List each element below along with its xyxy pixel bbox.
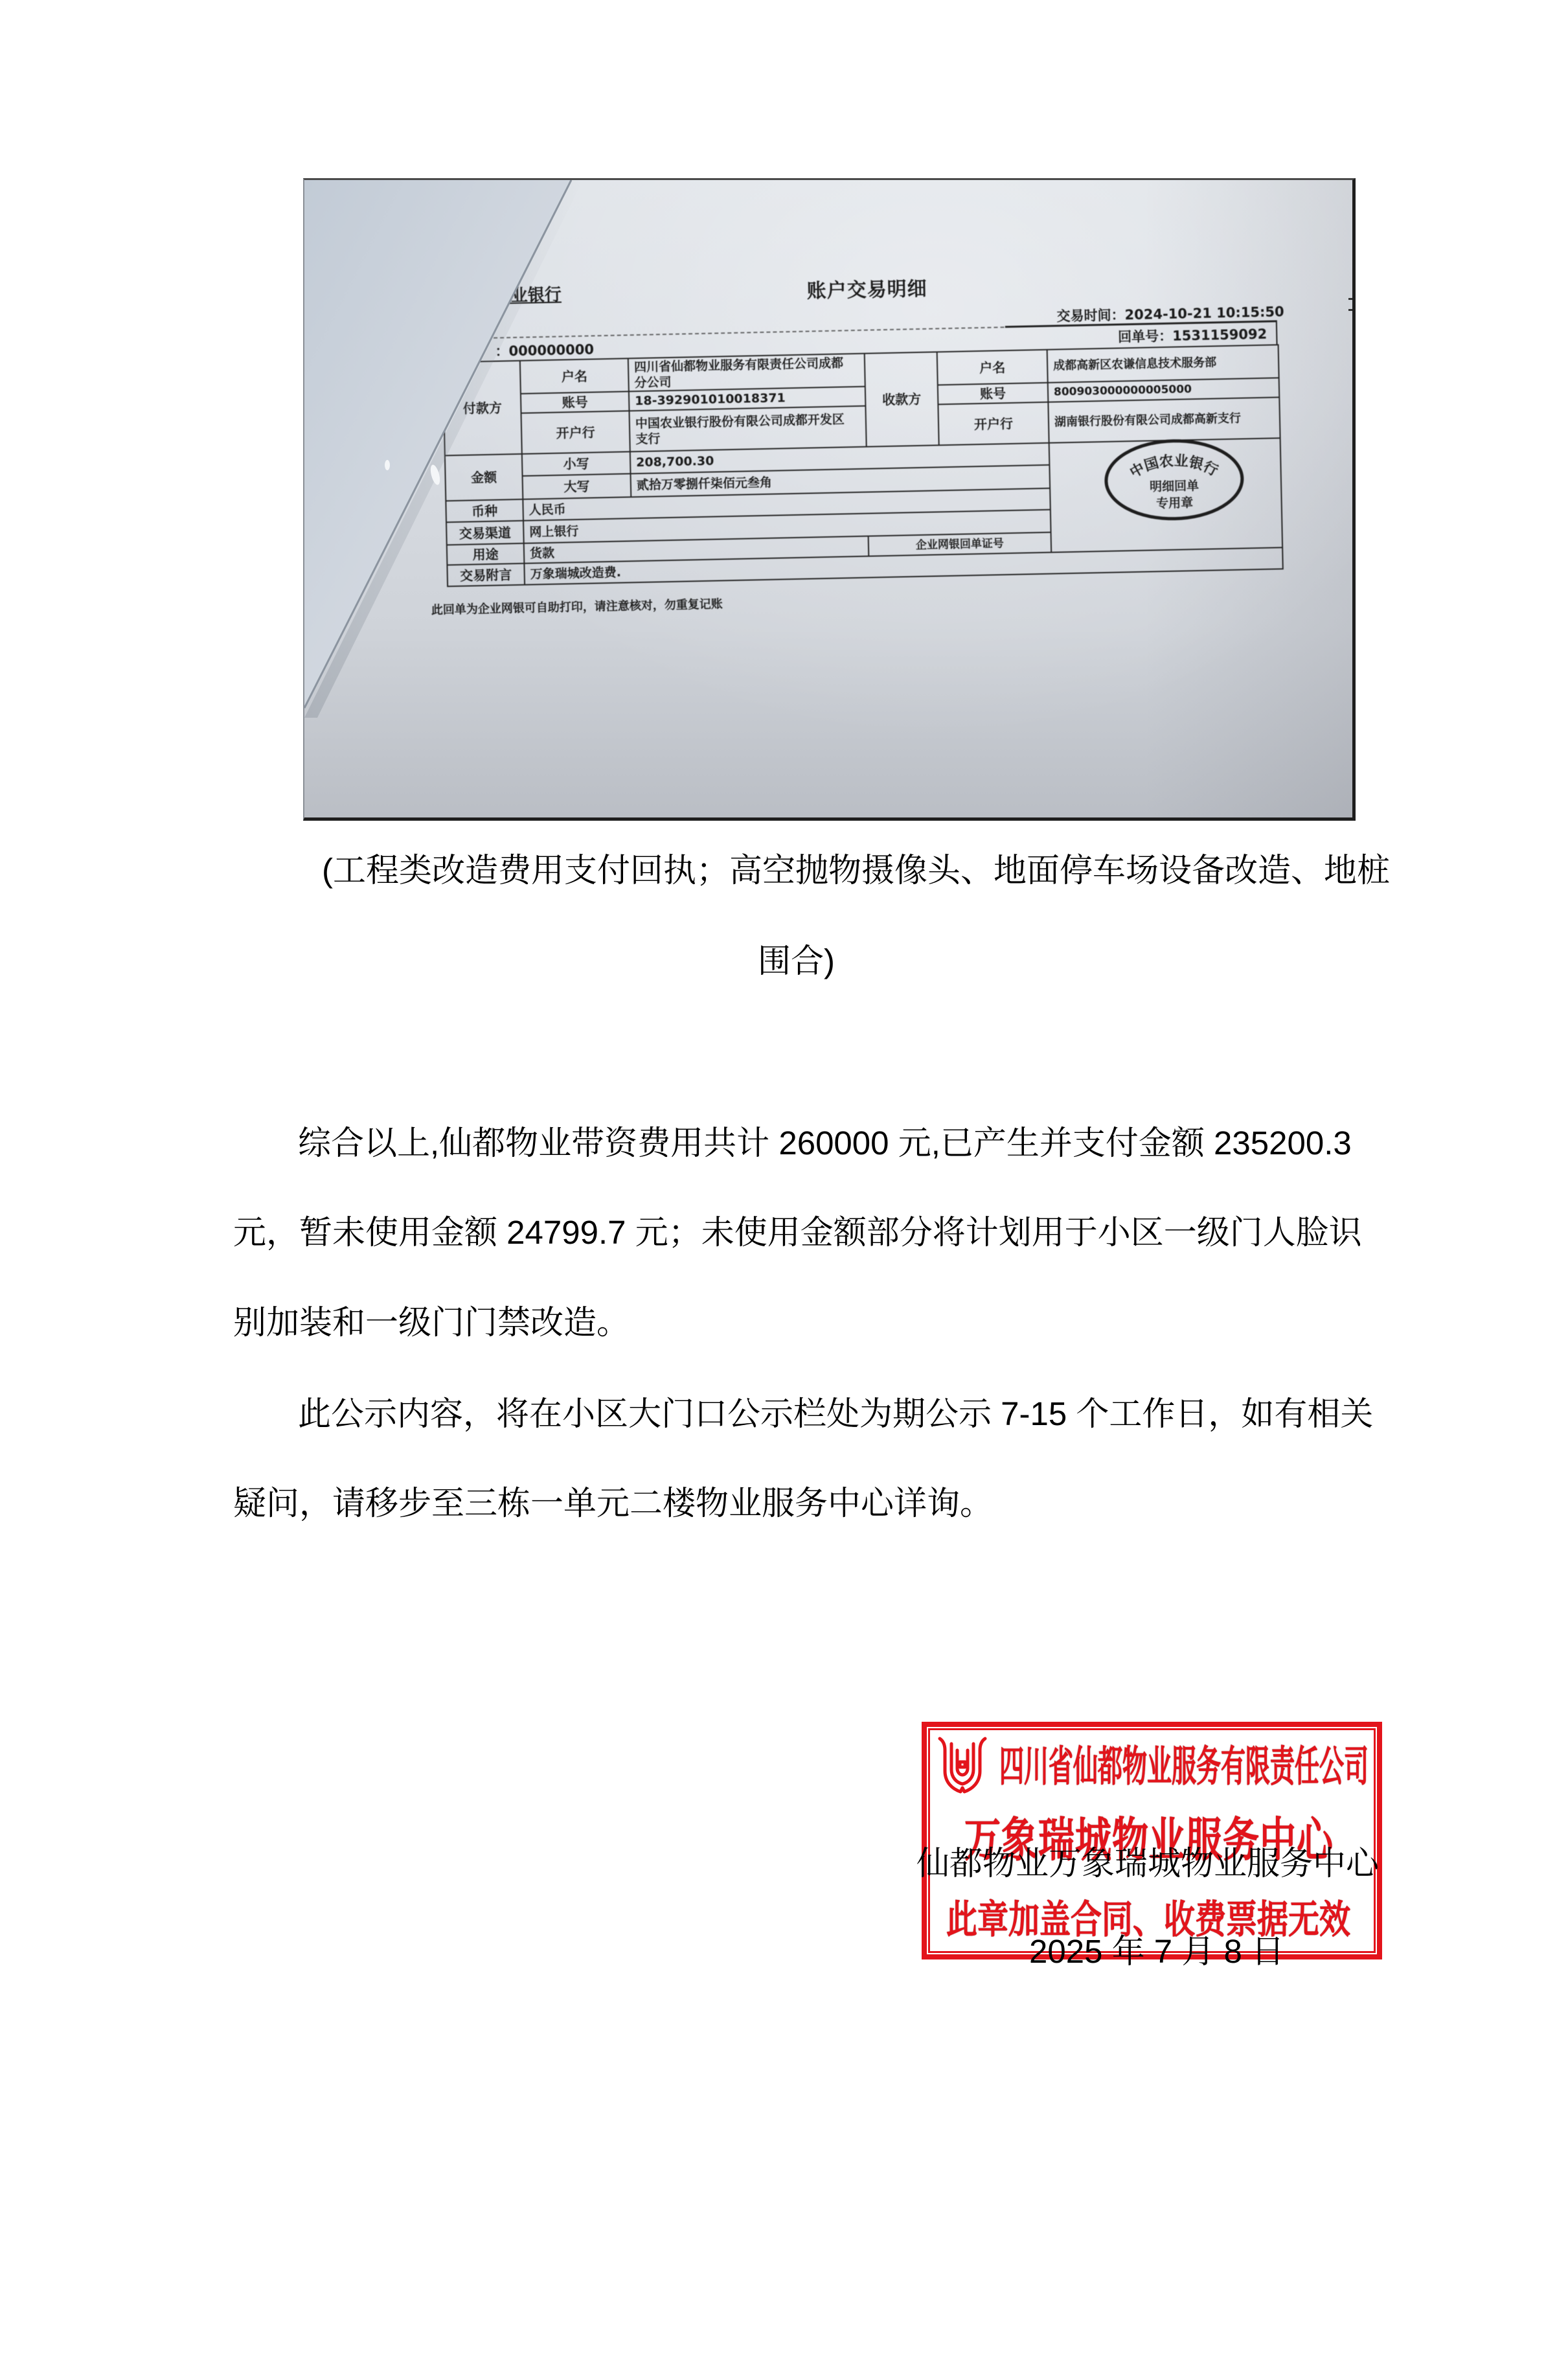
paragraph-1-line-3: 别加装和一级门门禁改造。 (233, 1303, 630, 1342)
photo-caption-line-2: 围合) (758, 942, 835, 981)
paragraph-2-line-2: 疑问，请移步至三栋一单元二楼物业服务中心详询。 (233, 1484, 993, 1523)
photo-caption-line-1: (工程类改造费用支付回执；高空抛物摄像头、地面停车场设备改造、地桩 (322, 851, 1390, 890)
document-page: 中国农业银行 账户交易明细 交易时间：2024-10-21 10:15:50 ：… (0, 0, 1568, 2376)
photo-edge-mark (1348, 298, 1354, 311)
seal-company-name: 四川省仙都物业服务有限责任公司 (999, 1741, 1369, 1792)
paper-fold-flap (304, 180, 1356, 821)
xiandu-logo-icon (937, 1736, 988, 1796)
paragraph-1-line-2: 元，暂未使用金额 24799.7 元；未使用金额部分将计划用于小区一级门人脸识 (233, 1213, 1362, 1252)
receipt-photo: 中国农业银行 账户交易明细 交易时间：2024-10-21 10:15:50 ：… (303, 178, 1356, 821)
paragraph-2-line-1: 此公示内容，将在小区大门口公示栏处为期公示 7-15 个工作日，如有相关 (298, 1395, 1373, 1434)
seal-service-center: 万象瑞城物业服务中心 (964, 1814, 1334, 1868)
seal-validity-note: 此章加盖合同、收费票据无效 (946, 1897, 1350, 1943)
paragraph-1-line-1: 综合以上,仙都物业带资费用共计 260000 元,已产生并支付金额 235200… (298, 1124, 1352, 1163)
company-seal: 四川省仙都物业服务有限责任公司 万象瑞城物业服务中心 此章加盖合同、收费票据无效 (922, 1722, 1382, 1959)
